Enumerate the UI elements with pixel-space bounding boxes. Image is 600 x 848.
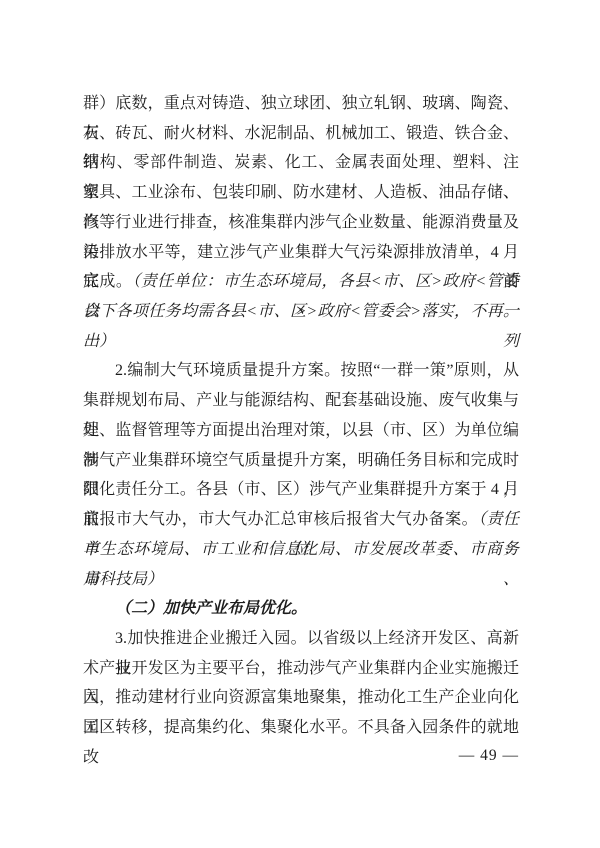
kaiti-text-run: 市科技局） xyxy=(83,571,163,588)
text-line: 修等行业进行排查，核准集群内涉气企业数量、能源消费量及污 xyxy=(83,208,519,238)
kaiti-text-run: 以下各项任务均需各县<市、区>政府<管委会>落实，不再一一列 xyxy=(83,303,519,350)
kaiti-text-run: 出） xyxy=(83,333,115,350)
document-page: 群）底数，重点对铸造、独立球团、独立轧钢、玻璃、陶瓷、石灰、砖瓦、耐火材料、水泥… xyxy=(0,0,600,848)
text-line: 集群规划布局、产业与能源结构、配套基础设施、废气收集与处 xyxy=(83,386,519,416)
text-line: 2.编制大气环境质量提升方案。按照“一群一策”原则，从 xyxy=(83,356,519,386)
text-line: 细化责任分工。各县（市、区）涉气产业集群提升方案于 4 月底 xyxy=(83,475,519,505)
body-text-run: 完成。 xyxy=(83,273,132,290)
text-line: 园区转移，提高集约化、集聚化水平。不具备入园条件的就地改 xyxy=(83,713,519,743)
text-line: （二）加快产业布局优化。 xyxy=(83,594,519,624)
text-line: 完成。（责任单位：市生态环境局，各县<市、区>政府<管委会>。 xyxy=(83,267,519,297)
text-line: 市生态环境局、市工业和信息化局、市发展改革委、市商务局、 xyxy=(83,535,519,565)
text-line: 术产业开发区为主要平台，推动涉气产业集群内企业实施搬迁入 xyxy=(83,654,519,684)
text-line: 以下各项任务均需各县<市、区>政府<管委会>落实，不再一一列 xyxy=(83,297,519,327)
text-line: 园，推动建材行业向资源富集地聚集，推动化工生产企业向化工 xyxy=(83,683,519,713)
text-line: 家具、工业涂布、包装印刷、防水建材、人造板、油品存储、汽 xyxy=(83,178,519,208)
text-line: 前报市大气办，市大气办汇总审核后报省大气办备案。（责任单位： xyxy=(83,505,519,535)
body-text-run: 前报市大气办，市大气办汇总审核后报省大气办备案。 xyxy=(83,511,478,528)
text-line: 3.加快推进企业搬迁入园。以省级以上经济开发区、高新技 xyxy=(83,624,519,654)
document-body: 群）底数，重点对铸造、独立球团、独立轧钢、玻璃、陶瓷、石灰、砖瓦、耐火材料、水泥… xyxy=(83,89,519,743)
text-line: 结构、零部件制造、炭素、化工、金属表面处理、塑料、注塑、 xyxy=(83,148,519,178)
kaiti-text-run: （二）加快产业布局优化。 xyxy=(115,600,307,617)
text-line: 涉气产业集群环境空气质量提升方案，明确任务目标和完成时限， xyxy=(83,446,519,476)
text-line: 染排放水平等，建立涉气产业集群大气污染源排放清单，4 月底前 xyxy=(83,238,519,268)
body-text-run: 2.编制大气环境质量提升方案。按照“一群一策”原则，从 xyxy=(115,362,519,379)
text-line: 群）底数，重点对铸造、独立球团、独立轧钢、玻璃、陶瓷、石 xyxy=(83,89,519,119)
text-line: 理、监督管理等方面提出治理对策，以县（市、区）为单位编制 xyxy=(83,416,519,446)
page-number: — 49 — xyxy=(83,745,519,767)
text-line: 灰、砖瓦、耐火材料、水泥制品、机械加工、锻造、铁合金、钢 xyxy=(83,119,519,149)
